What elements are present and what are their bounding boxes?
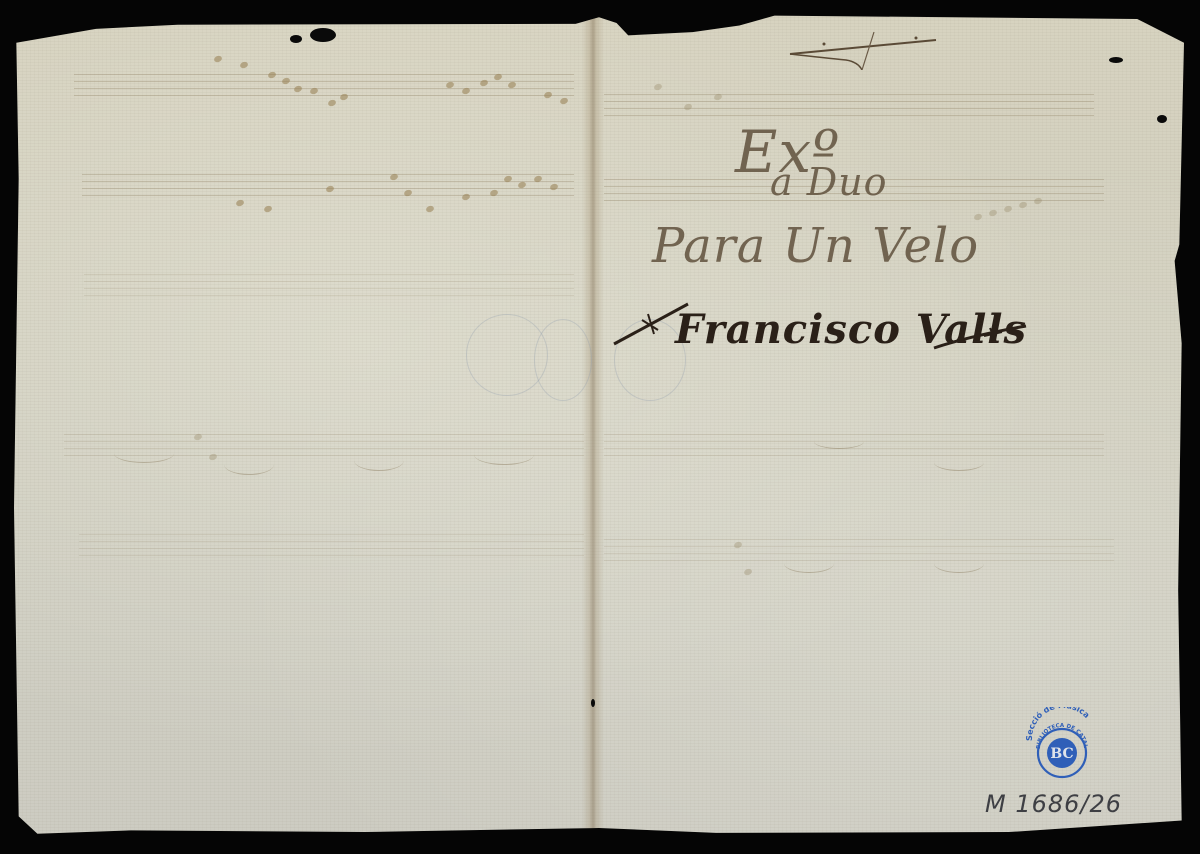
slur-mark [474,444,534,465]
ink-blot [290,35,302,43]
staff-line-left-3 [84,274,574,302]
library-stamp: Secció de Musica BIBLIOTECA DE CATALUNYA… [1022,707,1102,785]
slur-mark [114,444,174,463]
slur-mark [354,450,404,471]
title-line-2: a Duo [770,160,888,204]
quill-mark [786,30,946,70]
title-line-3: Para Un Velo [652,218,979,274]
center-fold [582,14,604,837]
ink-blot [1109,57,1123,63]
staff-line-right-4 [604,539,1114,567]
ink-blot [310,28,336,42]
shelfmark: M 1686/26 [985,790,1122,818]
slur-mark [934,554,984,573]
slur-mark [784,554,834,573]
staff-line-right-1 [604,94,1094,122]
title-para-un-velo: Para Un Velo [652,218,979,274]
stamp-monogram: BC [1050,746,1073,762]
title-a-duo: a Duo [770,160,888,204]
watermark [534,319,592,401]
slur-mark [934,454,984,471]
slur-mark [814,434,864,449]
staff-line-left-5 [79,534,584,562]
stamp-icon: Secció de Musica BIBLIOTECA DE CATALUNYA… [1022,707,1102,785]
flourish-right-icon [930,320,1030,354]
slur-mark [224,454,274,475]
ink-blot [591,699,595,707]
manuscript-sheet [14,14,1184,837]
ink-blot [1157,115,1167,123]
